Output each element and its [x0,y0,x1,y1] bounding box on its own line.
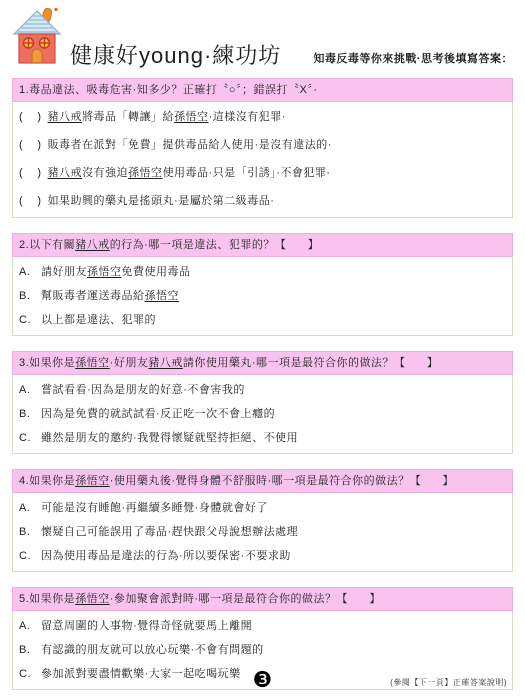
option-item: C.雖然是朋友的邀約·我覺得懷疑就堅持拒絕、不使用 [19,432,506,445]
true-false-item: ( )豬八戒將毒品「轉讓」給孫悟空·這樣沒有犯罪· [19,111,506,124]
option-letter: A. [19,266,41,279]
text-segment: 2.以下有關 [19,239,75,251]
question-header: 3.如果你是孫悟空·好朋友豬八戒請你使用藥丸·哪一項是最符合你的做法？【 】 [12,351,513,375]
answer-blank-brackets: 【 】 [275,239,319,251]
row-text: 豬八戒沒有強迫孫悟空使用毒品·只是「引誘」·不會犯罪· [48,167,506,180]
text-segment: 因為使用毒品是違法的行為·所以要保密·不要求助 [41,550,291,562]
text-segment: 因為是免費的就試試看·反正吃一次不會上癮的 [41,408,275,420]
answer-blank-parentheses: ( ) [19,111,42,124]
row-text: 幫販毒者運送毒品給孫悟空 [41,290,506,303]
option-item: A.請好朋友孫悟空免費使用毒品 [19,266,506,279]
question-block-2: 2.以下有關豬八戒的行為·哪一項是違法、犯罪的？【 】A.請好朋友孫悟空免費使用… [12,233,513,336]
option-item: C.以上都是違法、犯罪的 [19,314,506,327]
answer-blank-parentheses: ( ) [19,195,42,208]
row-text: 懷疑自己可能誤用了毒品·趕快跟父母說想辦法處理 [41,526,506,539]
option-item: B.幫販毒者運送毒品給孫悟空 [19,290,506,303]
text-segment: ·參加聚會派對時·哪一項是最符合你的做法？ [110,593,337,605]
option-item: A.可能是沒有睡飽·再繼續多睡覺·身體就會好了 [19,502,506,515]
question-header: 5.如果你是孫悟空·參加聚會派對時·哪一項是最符合你的做法？【 】 [12,587,513,611]
text-segment: 販毒者在派對「免費」提供毒品給人使用·是沒有違法的· [48,139,332,151]
underlined-term: 豬八戒 [75,239,110,251]
option-item: B.因為是免費的就試試看·反正吃一次不會上癮的 [19,408,506,421]
house-icon [12,7,62,70]
row-text: 豬八戒將毒品「轉讓」給孫悟空·這樣沒有犯罪· [48,111,506,124]
option-letter: B. [19,408,41,421]
question-body: A.可能是沒有睡飽·再繼續多睡覺·身體就會好了B.懷疑自己可能誤用了毒品·趕快跟… [13,493,512,571]
text-segment: 使用毒品·只是「引誘」·不會犯罪· [163,167,331,179]
option-item: B.懷疑自己可能誤用了毒品·趕快跟父母說想辦法處理 [19,526,506,539]
true-false-item: ( )販毒者在派對「免費」提供毒品給人使用·是沒有違法的· [19,139,506,152]
underlined-term: 豬八戒 [48,167,83,179]
text-segment: 留意周圍的人事物·覺得奇怪就要馬上離開 [41,620,252,632]
option-letter: B. [19,290,41,303]
text-segment: 雖然是朋友的邀約·我覺得懷疑就堅持拒絕、不使用 [41,432,298,444]
option-letter: A. [19,384,41,397]
true-false-item: ( )豬八戒沒有強迫孫悟空使用毒品·只是「引誘」·不會犯罪· [19,167,506,180]
text-segment: 可能是沒有睡飽·再繼續多睡覺·身體就會好了 [41,502,268,514]
option-item: C.因為使用毒品是違法的行為·所以要保密·不要求助 [19,550,506,563]
text-segment: ·這樣沒有犯罪· [209,111,286,123]
row-text: 如果助興的藥丸是搖頭丸·是屬於第二級毒品· [48,195,506,208]
underlined-term: 孫悟空 [128,167,163,179]
worksheet-page: 健康好young·練功坊 知毒反毒等你來挑戰·思考後填寫答案： 1.毒品違法、吸… [0,0,525,700]
underlined-term: 孫悟空 [75,593,110,605]
text-segment: 免費使用毒品 [122,266,191,278]
option-letter: A. [19,620,41,633]
option-letter: A. [19,502,41,515]
answer-blank-parentheses: ( ) [19,167,42,180]
text-segment: 以上都是違法、犯罪的 [41,314,156,326]
option-item: A.留意周圍的人事物·覺得奇怪就要馬上離開 [19,620,506,633]
footer-note: (參閱【下一頁】正確答案說明) [390,677,507,688]
row-text: 雖然是朋友的邀約·我覺得懷疑就堅持拒絕、不使用 [41,432,506,445]
text-segment: 5.如果你是 [19,593,75,605]
question-body: A.嘗試看看·因為是朋友的好意·不會害我的B.因為是免費的就試試看·反正吃一次不… [13,375,512,453]
page-header: 健康好young·練功坊 知毒反毒等你來挑戰·思考後填寫答案： [12,0,513,78]
row-text: 有認識的朋友就可以放心玩樂·不會有問題的 [41,644,506,657]
option-letter: B. [19,644,41,657]
text-segment: 3.如果你是 [19,357,75,369]
text-segment: 幫販毒者運送毒品給 [41,290,145,302]
row-text: 販毒者在派對「免費」提供毒品給人使用·是沒有違法的· [48,139,506,152]
text-segment: ·使用藥丸後·覺得身體不舒服時·哪一項是最符合你的做法？ [110,475,410,487]
text-segment: 沒有強迫 [82,167,128,179]
row-text: 嘗試看看·因為是朋友的好意·不會害我的 [41,384,506,397]
answer-blank-parentheses: ( ) [19,139,42,152]
text-segment: 懷疑自己可能誤用了毒品·趕快跟父母說想辦法處理 [41,526,298,538]
option-item: A.嘗試看看·因為是朋友的好意·不會害我的 [19,384,506,397]
text-segment: 將毒品「轉讓」給 [82,111,174,123]
underlined-term: 豬八戒 [148,357,183,369]
text-segment: 如果助興的藥丸是搖頭丸·是屬於第二級毒品· [48,195,275,207]
row-text: 請好朋友孫悟空免費使用毒品 [41,266,506,279]
question-block-4: 4.如果你是孫悟空·使用藥丸後·覺得身體不舒服時·哪一項是最符合你的做法？【 】… [12,469,513,572]
text-segment: 的行為·哪一項是違法、犯罪的？ [110,239,275,251]
text-segment: 請好朋友 [41,266,87,278]
underlined-term: 孫悟空 [75,357,110,369]
text-segment: 4.如果你是 [19,475,75,487]
option-letter: C. [19,314,41,327]
question-block-1: 1.毒品違法、吸毒危害·知多少？正確打〝○〞；錯誤打〝X〞·( )豬八戒將毒品「… [12,78,513,218]
page-footer: ❸ (參閱【下一頁】正確答案說明) [0,667,525,700]
page-title: 健康好young·練功坊 [70,44,281,70]
questions: 1.毒品違法、吸毒危害·知多少？正確打〝○〞；錯誤打〝X〞·( )豬八戒將毒品「… [12,78,513,690]
text-segment: 有認識的朋友就可以放心玩樂·不會有問題的 [41,644,264,656]
option-letter: C. [19,432,41,445]
underlined-term: 孫悟空 [87,266,122,278]
row-text: 留意周圍的人事物·覺得奇怪就要馬上離開 [41,620,506,633]
question-header: 2.以下有關豬八戒的行為·哪一項是違法、犯罪的？【 】 [12,233,513,257]
option-letter: B. [19,526,41,539]
underlined-term: 孫悟空 [145,290,180,302]
answer-blank-brackets: 【 】 [337,593,381,605]
question-block-3: 3.如果你是孫悟空·好朋友豬八戒請你使用藥丸·哪一項是最符合你的做法？【 】A.… [12,351,513,454]
question-header: 4.如果你是孫悟空·使用藥丸後·覺得身體不舒服時·哪一項是最符合你的做法？【 】 [12,469,513,493]
text-segment: 請你使用藥丸·哪一項是最符合你的做法？ [183,357,394,369]
option-letter: C. [19,550,41,563]
row-text: 可能是沒有睡飽·再繼續多睡覺·身體就會好了 [41,502,506,515]
row-text: 因為使用毒品是違法的行為·所以要保密·不要求助 [41,550,506,563]
question-header: 1.毒品違法、吸毒危害·知多少？正確打〝○〞；錯誤打〝X〞· [12,78,513,102]
row-text: 因為是免費的就試試看·反正吃一次不會上癮的 [41,408,506,421]
text-segment: ·好朋友 [110,357,149,369]
option-item: B.有認識的朋友就可以放心玩樂·不會有問題的 [19,644,506,657]
row-text: 以上都是違法、犯罪的 [41,314,506,327]
true-false-item: ( )如果助興的藥丸是搖頭丸·是屬於第二級毒品· [19,195,506,208]
underlined-term: 孫悟空 [75,475,110,487]
text-segment: 1.毒品違法、吸毒危害·知多少？正確打〝○〞；錯誤打〝X〞· [19,84,317,96]
answer-blank-brackets: 【 】 [410,475,454,487]
page-subtitle: 知毒反毒等你來挑戰·思考後填寫答案： [313,50,513,70]
question-body: ( )豬八戒將毒品「轉讓」給孫悟空·這樣沒有犯罪·( )販毒者在派對「免費」提供… [13,102,512,217]
question-body: A.請好朋友孫悟空免費使用毒品B.幫販毒者運送毒品給孫悟空C.以上都是違法、犯罪… [13,257,512,335]
underlined-term: 孫悟空 [174,111,209,123]
text-segment: 嘗試看看·因為是朋友的好意·不會害我的 [41,384,245,396]
answer-blank-brackets: 【 】 [394,357,438,369]
underlined-term: 豬八戒 [48,111,83,123]
